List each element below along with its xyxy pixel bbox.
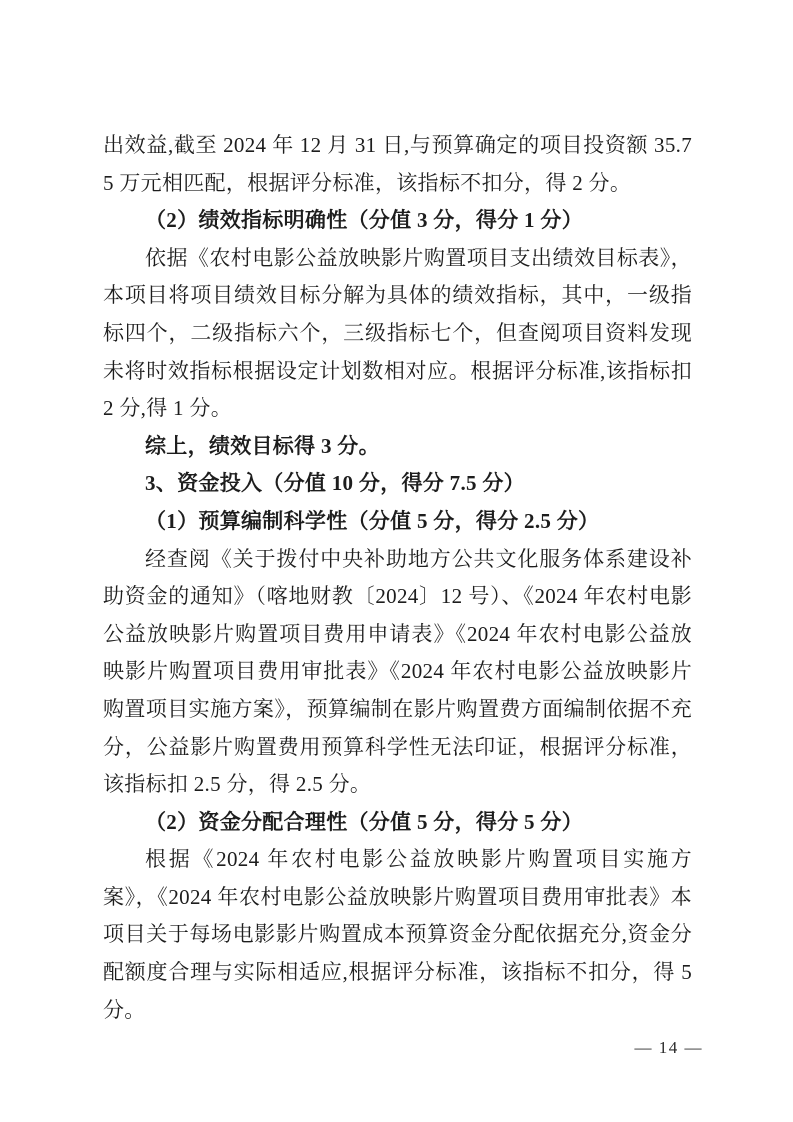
paragraph-fund-allocation-detail: 根据《2024 年农村电影公益放映影片购置项目实施方案》，《2024 年农村电影… bbox=[103, 841, 692, 1029]
paragraph-budget-science-detail: 经查阅《关于拨付中央补助地方公共文化服务体系建设补助资金的通知》（喀地财教〔20… bbox=[103, 541, 692, 804]
paragraph-indicator-clarity-detail: 依据《农村电影公益放映影片购置项目支出绩效目标表》，本项目将项目绩效目标分解为具… bbox=[103, 240, 692, 428]
heading-funding-input: 3、资金投入（分值 10 分，得分 7.5 分） bbox=[103, 465, 692, 503]
page-number: — 14 — bbox=[635, 1038, 704, 1057]
heading-indicator-clarity: （2）绩效指标明确性（分值 3 分，得分 1 分） bbox=[103, 202, 692, 240]
page-footer: — 14 — bbox=[635, 1036, 704, 1060]
heading-fund-allocation: （2）资金分配合理性（分值 5 分，得分 5 分） bbox=[103, 804, 692, 842]
document-page: 出效益,截至 2024 年 12 月 31 日,与预算确定的项目投资额 35.7… bbox=[0, 0, 793, 1122]
heading-budget-science: （1）预算编制科学性（分值 5 分，得分 2.5 分） bbox=[103, 503, 692, 541]
heading-performance-goal-summary: 综上，绩效目标得 3 分。 bbox=[103, 428, 692, 466]
document-body: 出效益,截至 2024 年 12 月 31 日,与预算确定的项目投资额 35.7… bbox=[103, 127, 692, 1029]
paragraph-effectiveness-continued: 出效益,截至 2024 年 12 月 31 日,与预算确定的项目投资额 35.7… bbox=[103, 127, 692, 202]
